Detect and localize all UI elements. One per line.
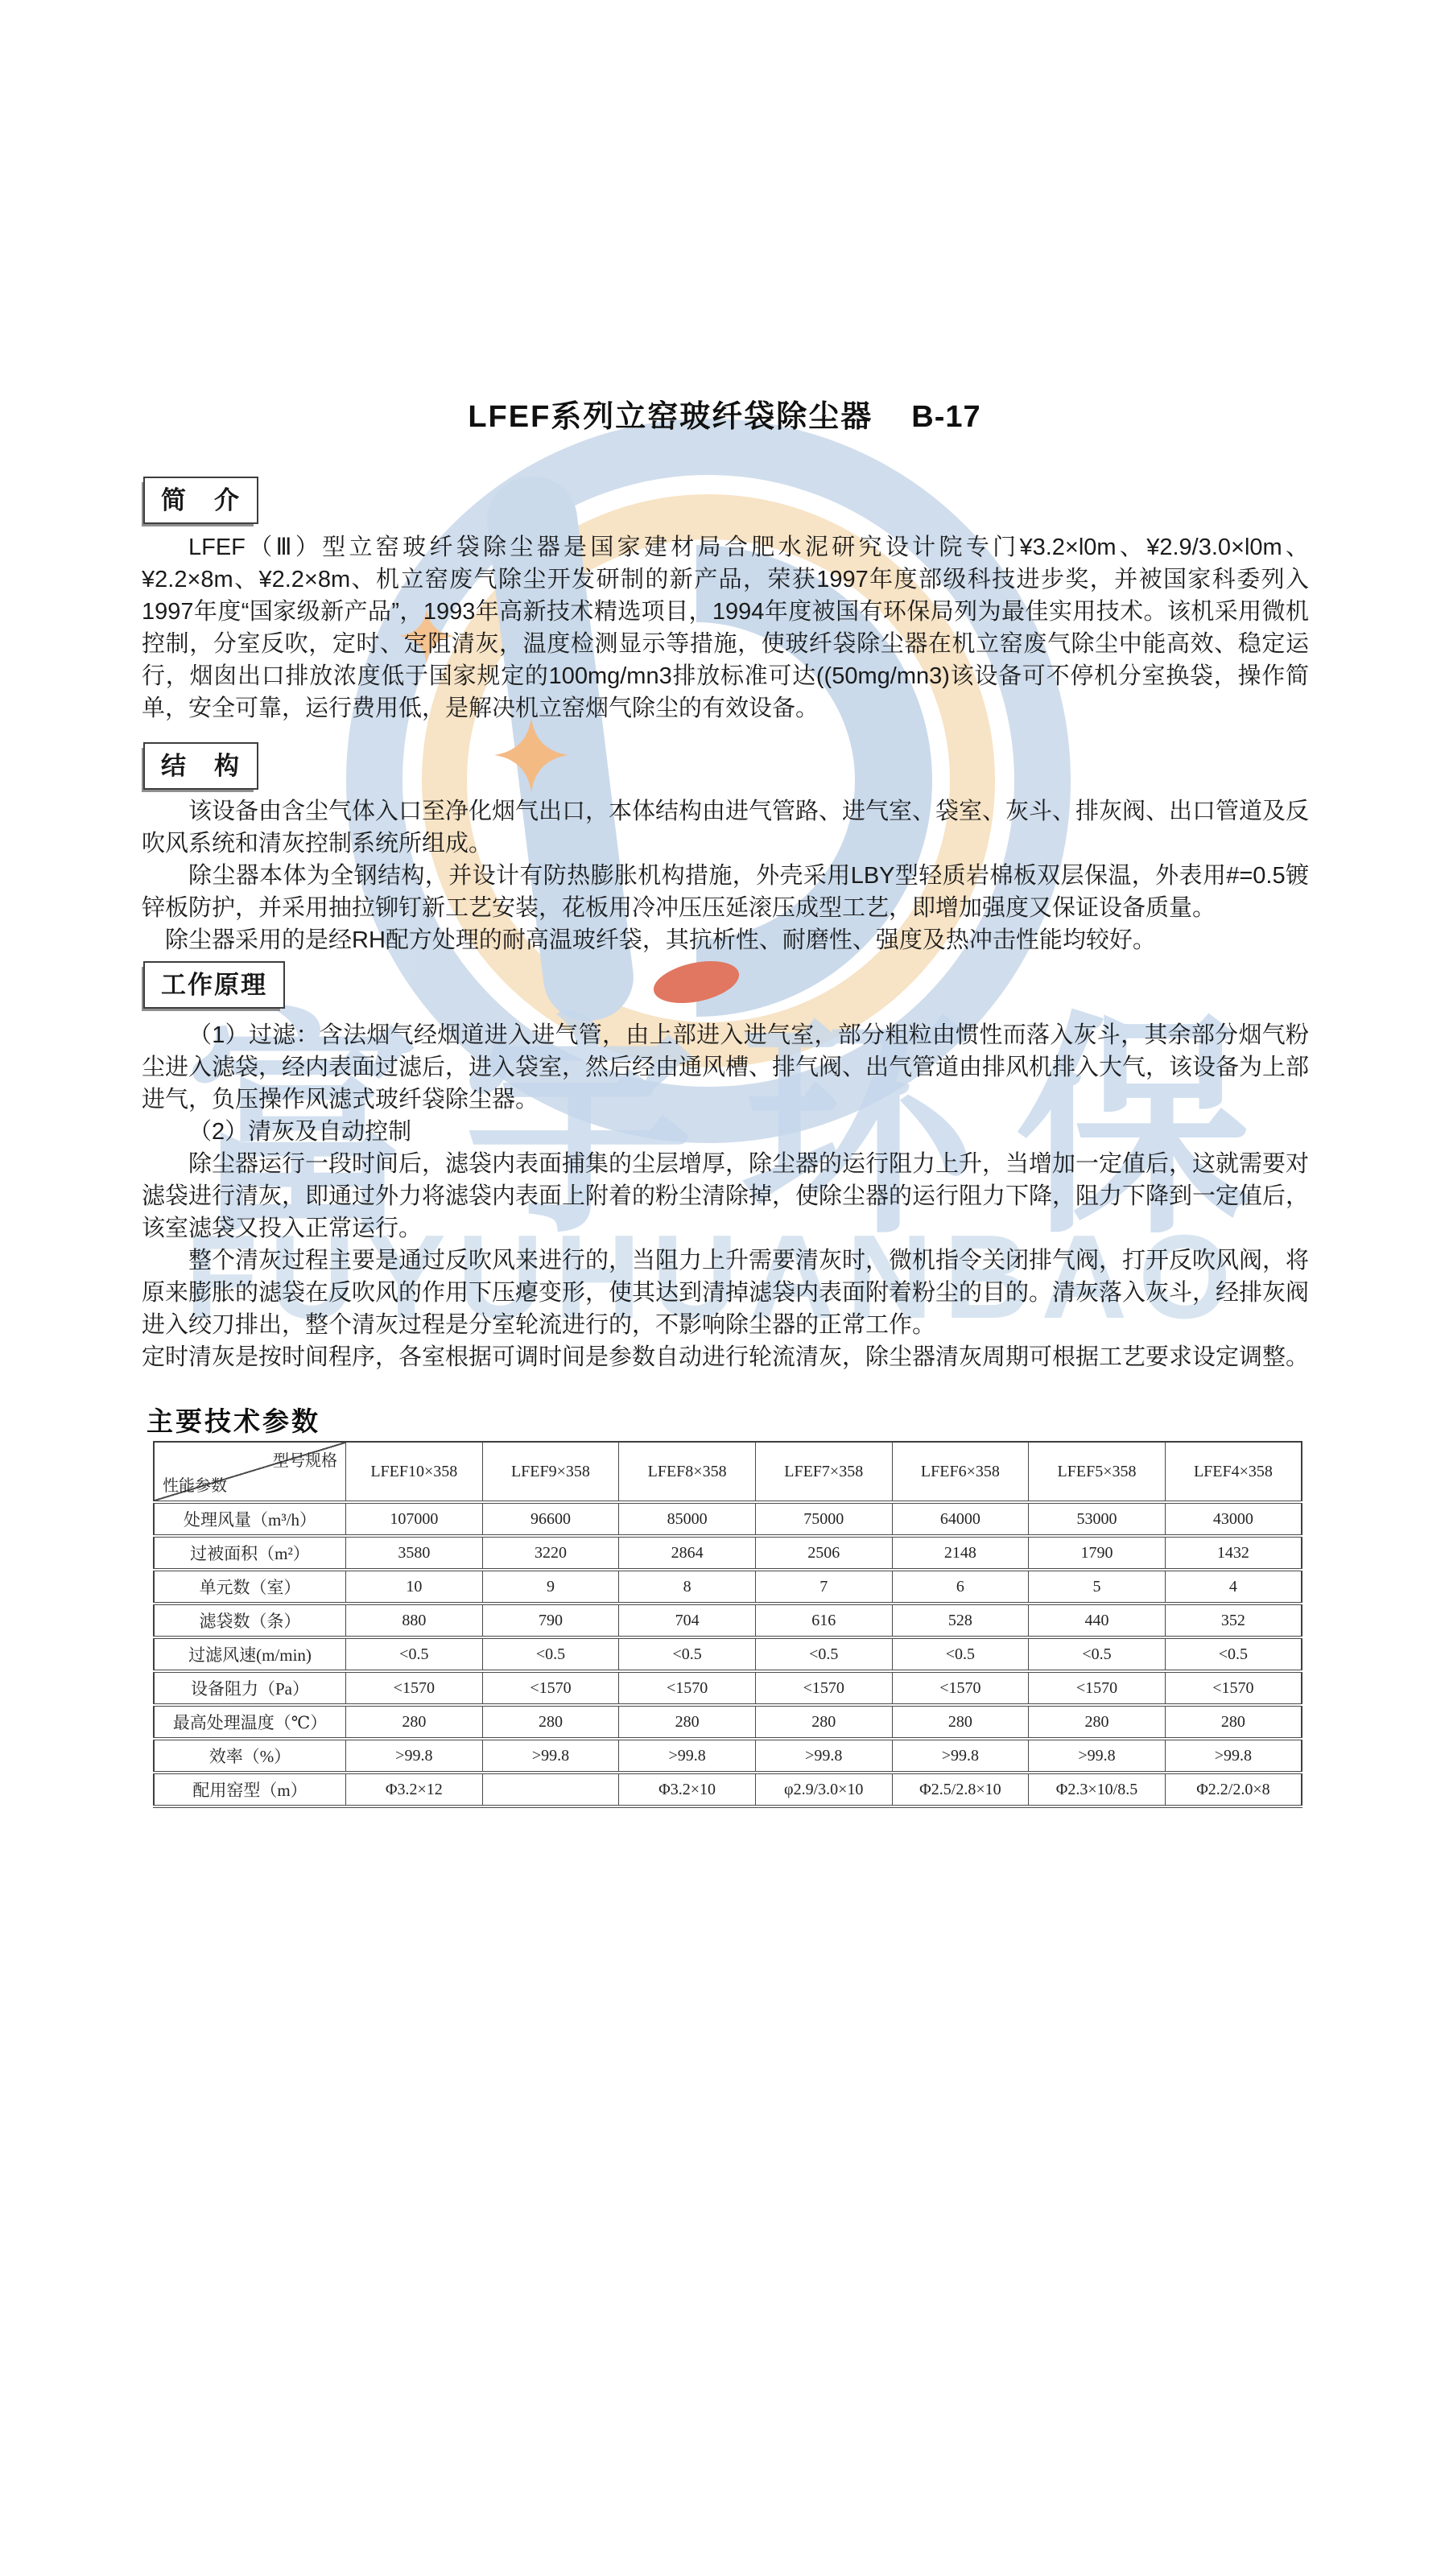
param-value: <1570 [619, 1671, 756, 1705]
param-value: Φ2.2/2.0×8 [1165, 1773, 1302, 1806]
param-value: >99.8 [619, 1739, 756, 1773]
technical-parameters-table: 型号规格 性能参数 LFEF10×358LFEF9×358LFEF8×358LF… [153, 1441, 1302, 1808]
param-value: 1432 [1165, 1536, 1302, 1570]
param-value: <1570 [1165, 1671, 1302, 1705]
param-value: 4 [1165, 1570, 1302, 1604]
principle-paragraph: 定时清灰是按时间程序，各室根据可调时间是参数自动进行轮流清灰，除尘器清灰周期可根… [142, 1341, 1309, 1373]
param-value: >99.8 [892, 1739, 1029, 1773]
param-value: 440 [1029, 1604, 1166, 1637]
section-heading-intro: 简 介 [143, 477, 258, 524]
param-value: <1570 [482, 1671, 619, 1705]
param-value: 280 [346, 1705, 483, 1739]
param-value: 64000 [892, 1502, 1029, 1536]
model-header-cell: LFEF5×358 [1029, 1442, 1166, 1502]
param-label: 设备阻力（Pa） [154, 1671, 346, 1705]
principle-paragraph: 除尘器运行一段时间后，滤袋内表面捕集的尘层增厚，除尘器的运行阻力上升，当增加一定… [142, 1148, 1309, 1245]
param-label: 最高处理温度（℃） [154, 1705, 346, 1739]
param-value: Φ2.5/2.8×10 [892, 1773, 1029, 1806]
param-value [482, 1773, 619, 1806]
param-value: >99.8 [1029, 1739, 1166, 1773]
section-heading-principle: 工作原理 [143, 961, 285, 1009]
param-value: 528 [892, 1604, 1029, 1637]
param-value: <1570 [755, 1671, 892, 1705]
page-title: LFEF系列立窑玻纤袋除尘器B-17 [0, 391, 1449, 436]
param-value: 352 [1165, 1604, 1302, 1637]
table-header-row: 型号规格 性能参数 LFEF10×358LFEF9×358LFEF8×358LF… [154, 1442, 1302, 1502]
param-value: 280 [755, 1705, 892, 1739]
page-title-text: LFEF系列立窑玻纤袋除尘器 [468, 400, 873, 434]
param-value: 43000 [1165, 1502, 1302, 1536]
param-value: 10 [346, 1570, 483, 1604]
param-row: 滤袋数（条）880790704616528440352 [154, 1604, 1302, 1637]
param-row: 过被面积（m²）3580322028642506214817901432 [154, 1536, 1302, 1570]
param-value: 280 [892, 1705, 1029, 1739]
param-label: 过被面积（m²） [154, 1536, 346, 1570]
params-table-body: 处理风量（m³/h）107000966008500075000640005300… [154, 1502, 1302, 1806]
param-value: 280 [1029, 1705, 1166, 1739]
param-value: 616 [755, 1604, 892, 1637]
param-row: 过滤风速(m/min)<0.5<0.5<0.5<0.5<0.5<0.5<0.5 [154, 1637, 1302, 1671]
param-value: <1570 [346, 1671, 483, 1705]
param-value: <0.5 [1165, 1637, 1302, 1671]
param-label: 处理风量（m³/h） [154, 1502, 346, 1536]
structure-paragraph: 该设备由含尘气体入口至净化烟气出口，本体结构由进气管路、进气室、袋室、灰斗、排灰… [142, 795, 1309, 860]
param-value: >99.8 [346, 1739, 483, 1773]
param-value: 53000 [1029, 1502, 1166, 1536]
table-corner-cell: 型号规格 性能参数 [154, 1442, 346, 1502]
param-value: 280 [1165, 1705, 1302, 1739]
param-value: 9 [482, 1570, 619, 1604]
param-value: >99.8 [755, 1739, 892, 1773]
param-value: Φ2.3×10/8.5 [1029, 1773, 1166, 1806]
param-value: 790 [482, 1604, 619, 1637]
intro-paragraph: LFEF（Ⅲ）型立窑玻纤袋除尘器是国家建材局合肥水泥研究设计院专门¥3.2×l0… [142, 531, 1309, 724]
param-label: 配用窑型（m） [154, 1773, 346, 1806]
param-value: 3220 [482, 1536, 619, 1570]
param-value: Φ3.2×10 [619, 1773, 756, 1806]
param-value: 2148 [892, 1536, 1029, 1570]
param-value: 6 [892, 1570, 1029, 1604]
param-label: 过滤风速(m/min) [154, 1637, 346, 1671]
corner-label-model: 型号规格 [273, 1447, 337, 1471]
param-label: 效率（%） [154, 1739, 346, 1773]
param-label: 滤袋数（条） [154, 1604, 346, 1637]
page-code: B-17 [911, 400, 980, 435]
model-header-cell: LFEF6×358 [892, 1442, 1029, 1502]
param-value: <1570 [1029, 1671, 1166, 1705]
param-value: <0.5 [1029, 1637, 1166, 1671]
structure-paragraph: 除尘器本体为全钢结构，并设计有防热膨胀机构措施，外壳采用LBY型轻质岩棉板双层保… [142, 860, 1309, 924]
section-heading-params: 主要技术参数 [147, 1401, 320, 1439]
param-row: 配用窑型（m）Φ3.2×12Φ3.2×10φ2.9/3.0×10Φ2.5/2.8… [154, 1773, 1302, 1806]
param-value: 75000 [755, 1502, 892, 1536]
param-value: Φ3.2×12 [346, 1773, 483, 1806]
param-value: >99.8 [482, 1739, 619, 1773]
model-header-cell: LFEF9×358 [482, 1442, 619, 1502]
param-value: φ2.9/3.0×10 [755, 1773, 892, 1806]
model-header-cell: LFEF7×358 [755, 1442, 892, 1502]
param-value: 8 [619, 1570, 756, 1604]
model-header-cell: LFEF8×358 [619, 1442, 756, 1502]
param-value: 85000 [619, 1502, 756, 1536]
model-header-cell: LFEF4×358 [1165, 1442, 1302, 1502]
param-label: 单元数（室） [154, 1570, 346, 1604]
param-value: 280 [619, 1705, 756, 1739]
param-value: <0.5 [482, 1637, 619, 1671]
param-value: >99.8 [1165, 1739, 1302, 1773]
param-value: <1570 [892, 1671, 1029, 1705]
param-row: 设备阻力（Pa）<1570<1570<1570<1570<1570<1570<1… [154, 1671, 1302, 1705]
param-value: <0.5 [755, 1637, 892, 1671]
param-row: 最高处理温度（℃）280280280280280280280 [154, 1705, 1302, 1739]
param-value: 2506 [755, 1536, 892, 1570]
param-value: 2864 [619, 1536, 756, 1570]
param-value: 7 [755, 1570, 892, 1604]
model-header-cell: LFEF10×358 [346, 1442, 483, 1502]
document-page: LFEF系列立窑玻纤袋除尘器B-17 简 介 LFEF（Ⅲ）型立窑玻纤袋除尘器是… [0, 0, 1449, 2576]
principle-paragraph: （2）清灰及自动控制 [142, 1116, 1309, 1148]
page: { "page": { "title": "LFEF系列立窑玻纤袋除尘器", "… [0, 0, 1449, 2576]
param-value: <0.5 [346, 1637, 483, 1671]
param-value: 1790 [1029, 1536, 1166, 1570]
param-value: <0.5 [619, 1637, 756, 1671]
principle-paragraph: 整个清灰过程主要是通过反吹风来进行的，当阻力上升需要清灰时，微机指令关闭排气阀，… [142, 1245, 1309, 1341]
param-value: 107000 [346, 1502, 483, 1536]
param-value: 880 [346, 1604, 483, 1637]
param-value: 5 [1029, 1570, 1166, 1604]
section-heading-structure: 结 构 [143, 742, 258, 790]
param-row: 处理风量（m³/h）107000966008500075000640005300… [154, 1502, 1302, 1536]
param-row: 单元数（室）10987654 [154, 1570, 1302, 1604]
corner-label-performance: 性能参数 [163, 1472, 227, 1496]
param-value: <0.5 [892, 1637, 1029, 1671]
param-value: 280 [482, 1705, 619, 1739]
param-value: 96600 [482, 1502, 619, 1536]
param-value: 704 [619, 1604, 756, 1637]
param-value: 3580 [346, 1536, 483, 1570]
param-row: 效率（%）>99.8>99.8>99.8>99.8>99.8>99.8>99.8 [154, 1739, 1302, 1773]
principle-paragraph: （1）过滤：含法烟气经烟道进入进气管，由上部进入进气室，部分粗粒由惯性而落入灰斗… [142, 1019, 1309, 1116]
structure-paragraph: 除尘器采用的是经RH配方处理的耐高温玻纤袋，其抗析性、耐磨性、强度及热冲击性能均… [142, 924, 1309, 956]
